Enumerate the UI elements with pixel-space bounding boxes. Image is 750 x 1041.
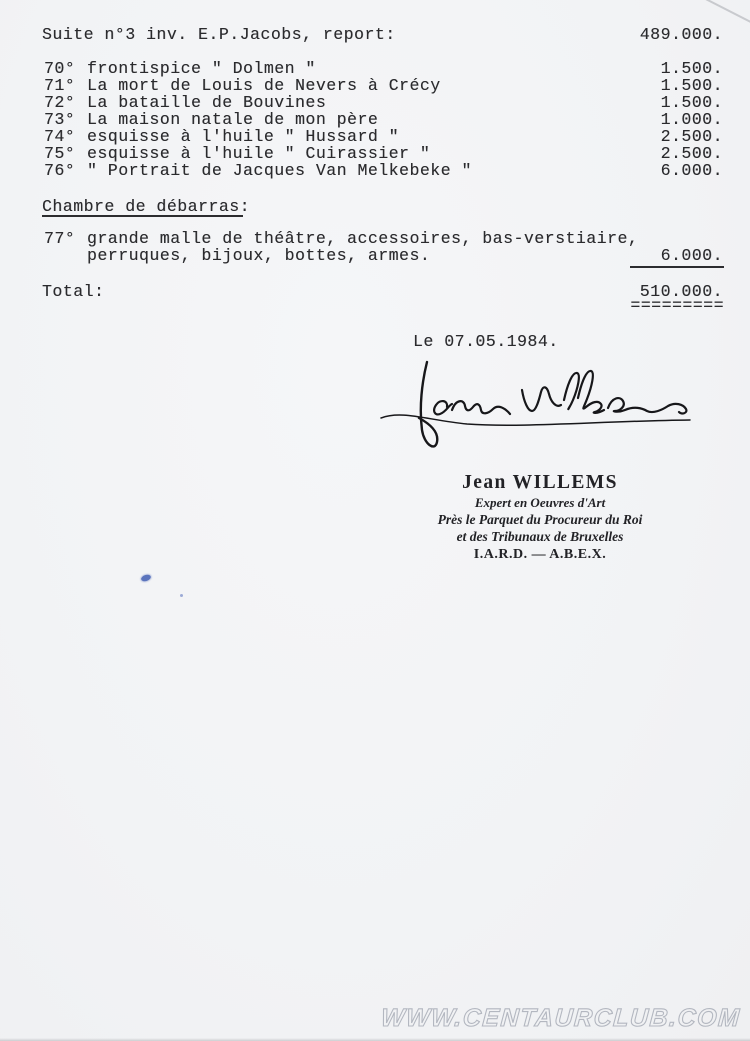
inventory-row: perruques, bijoux, bottes, armes. 6.000. <box>44 248 723 264</box>
report-label: Suite n°3 inv. E.P.Jacobs, report: <box>42 27 640 43</box>
item-description: La bataille de Bouvines <box>87 95 661 111</box>
item-number: 76° <box>44 163 87 179</box>
item-indent <box>44 248 87 264</box>
item-amount: 6.000. <box>661 163 723 179</box>
item-number: 72° <box>44 95 87 111</box>
signature-strokes <box>372 352 697 457</box>
inventory-row: 74° esquisse à l'huile " Hussard " 2.500… <box>44 129 723 145</box>
item-description: La maison natale de mon père <box>87 112 661 128</box>
inventory-row: 70° frontispice " Dolmen " 1.500. <box>44 61 723 77</box>
item-number: 75° <box>44 146 87 162</box>
item-number: 70° <box>44 61 87 77</box>
total-double-rule: ========= <box>630 298 724 314</box>
item-number: 73° <box>44 112 87 128</box>
item-description: frontispice " Dolmen " <box>87 61 661 77</box>
scan-artifact-line <box>701 0 750 27</box>
section-underline-rule <box>42 215 243 217</box>
inventory-row: 73° La maison natale de mon père 1.000. <box>44 112 723 128</box>
stamp-line-2: Près le Parquet du Procureur du Roi <box>400 511 680 528</box>
stamp-title-line: Expert en Oeuvres d'Art <box>400 495 680 511</box>
total-row: Total: 510.000. <box>42 284 723 300</box>
inventory-row: 71° La mort de Louis de Nevers à Crécy 1… <box>44 78 723 94</box>
total-label: Total: <box>42 284 640 300</box>
item-number: 77° <box>44 231 87 247</box>
section-heading: Chambre de débarras: <box>42 199 250 215</box>
amount-underline-rule <box>630 266 724 268</box>
inventory-row: 72° La bataille de Bouvines 1.500. <box>44 95 723 111</box>
report-amount: 489.000. <box>640 27 723 43</box>
inventory-row: 76° " Portrait de Jacques Van Melkebeke … <box>44 163 723 179</box>
item-description: La mort de Louis de Nevers à Crécy <box>87 78 661 94</box>
report-header-row: Suite n°3 inv. E.P.Jacobs, report: 489.0… <box>42 27 723 43</box>
stamp-line-4: I.A.R.D. — A.B.E.X. <box>400 546 680 563</box>
item-description: esquisse à l'huile " Cuirassier " <box>87 146 661 162</box>
item-description: " Portrait de Jacques Van Melkebeke " <box>87 163 661 179</box>
stamp-name: Jean WILLEMS <box>400 472 680 493</box>
date-line: Le 07.05.1984. <box>413 334 559 350</box>
expert-stamp: Jean WILLEMS Expert en Oeuvres d'Art Prè… <box>400 472 680 563</box>
item-description: grande malle de théâtre, accessoires, ba… <box>87 231 723 247</box>
item-description: esquisse à l'huile " Hussard " <box>87 129 661 145</box>
item-amount: 2.500. <box>661 129 723 145</box>
item-amount: 1.500. <box>661 95 723 111</box>
item-amount: 2.500. <box>661 146 723 162</box>
stamp-line-3: et des Tribunaux de Bruxelles <box>400 528 680 545</box>
item-amount: 1.500. <box>661 61 723 77</box>
item-description: perruques, bijoux, bottes, armes. <box>87 248 661 264</box>
ink-speck <box>180 594 183 597</box>
watermark: WWW.CENTAURCLUB.COM <box>380 1004 741 1033</box>
handwritten-signature <box>372 352 697 457</box>
document-page: Suite n°3 inv. E.P.Jacobs, report: 489.0… <box>0 0 750 1041</box>
item-number: 71° <box>44 78 87 94</box>
item-amount: 1.000. <box>661 112 723 128</box>
item-amount: 1.500. <box>661 78 723 94</box>
item-number: 74° <box>44 129 87 145</box>
ink-dot <box>140 574 151 583</box>
inventory-row: 75° esquisse à l'huile " Cuirassier " 2.… <box>44 146 723 162</box>
inventory-row: 77° grande malle de théâtre, accessoires… <box>44 231 723 247</box>
item-amount: 6.000. <box>661 248 723 264</box>
